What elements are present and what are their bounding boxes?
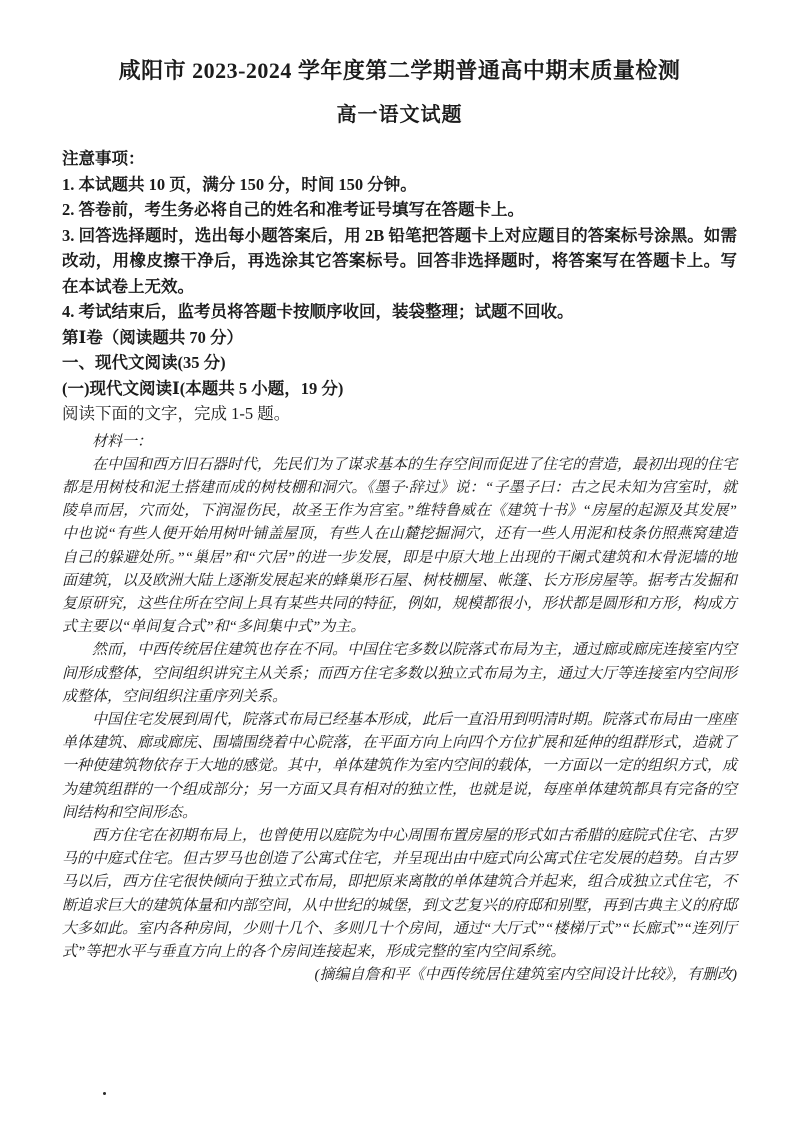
notice-section: 注意事项： 1. 本试题共 10 页，满分 150 分，时间 150 分钟。 2… xyxy=(62,146,737,325)
volume-heading: 第Ⅰ卷（阅读题共 70 分） xyxy=(62,325,737,351)
notice-item-4: 4. 考试结束后，监考员将答题卡按顺序收回，装袋整理；试题不回收。 xyxy=(62,299,737,325)
material-one: 材料一： 在中国和西方旧石器时代，先民们为了谋求基本的生存空间而促进了住宅的营造… xyxy=(62,431,737,988)
attribution: (摘编自詹和平《中西传统居住建筑室内空间设计比较》，有删改) xyxy=(62,964,737,987)
subsection-heading: (一)现代文阅读Ⅰ(本题共 5 小题，19 分) xyxy=(62,376,737,402)
notice-item-2: 2. 答卷前，考生务必将自己的姓名和准考证号填写在答题卡上。 xyxy=(62,197,737,223)
doc-title: 咸阳市 2023-2024 学年度第二学期普通高中期末质量检测 xyxy=(62,56,737,86)
doc-subtitle: 高一语文试题 xyxy=(62,102,737,128)
material-paragraph-3: 中国住宅发展到周代，院落式布局已经基本形成，此后一直沿用到明清时期。院落式布局由… xyxy=(62,709,737,825)
scan-speck xyxy=(103,1092,106,1095)
reading-instruction: 阅读下面的文字，完成 1-5 题。 xyxy=(62,401,737,427)
material-label: 材料一： xyxy=(62,431,737,454)
section-heading: 一、现代文阅读(35 分) xyxy=(62,350,737,376)
exam-headings: 第Ⅰ卷（阅读题共 70 分） 一、现代文阅读(35 分) (一)现代文阅读Ⅰ(本… xyxy=(62,325,737,427)
material-paragraph-2: 然而，中西传统居住建筑也存在不同。中国住宅多数以院落式布局为主，通过廊或廊庑连接… xyxy=(62,639,737,709)
material-paragraph-4: 西方住宅在初期布局上，也曾使用以庭院为中心周围布置房屋的形式如古希腊的庭院式住宅… xyxy=(62,825,737,964)
exam-paper-page: 咸阳市 2023-2024 学年度第二学期普通高中期末质量检测 高一语文试题 注… xyxy=(0,0,793,1122)
notice-item-3: 3. 回答选择题时，选出每小题答案后，用 2B 铅笔把答题卡上对应题目的答案标号… xyxy=(62,223,737,300)
notice-heading: 注意事项： xyxy=(62,146,737,172)
material-paragraph-1: 在中国和西方旧石器时代，先民们为了谋求基本的生存空间而促进了住宅的营造，最初出现… xyxy=(62,454,737,640)
notice-item-1: 1. 本试题共 10 页，满分 150 分，时间 150 分钟。 xyxy=(62,172,737,198)
